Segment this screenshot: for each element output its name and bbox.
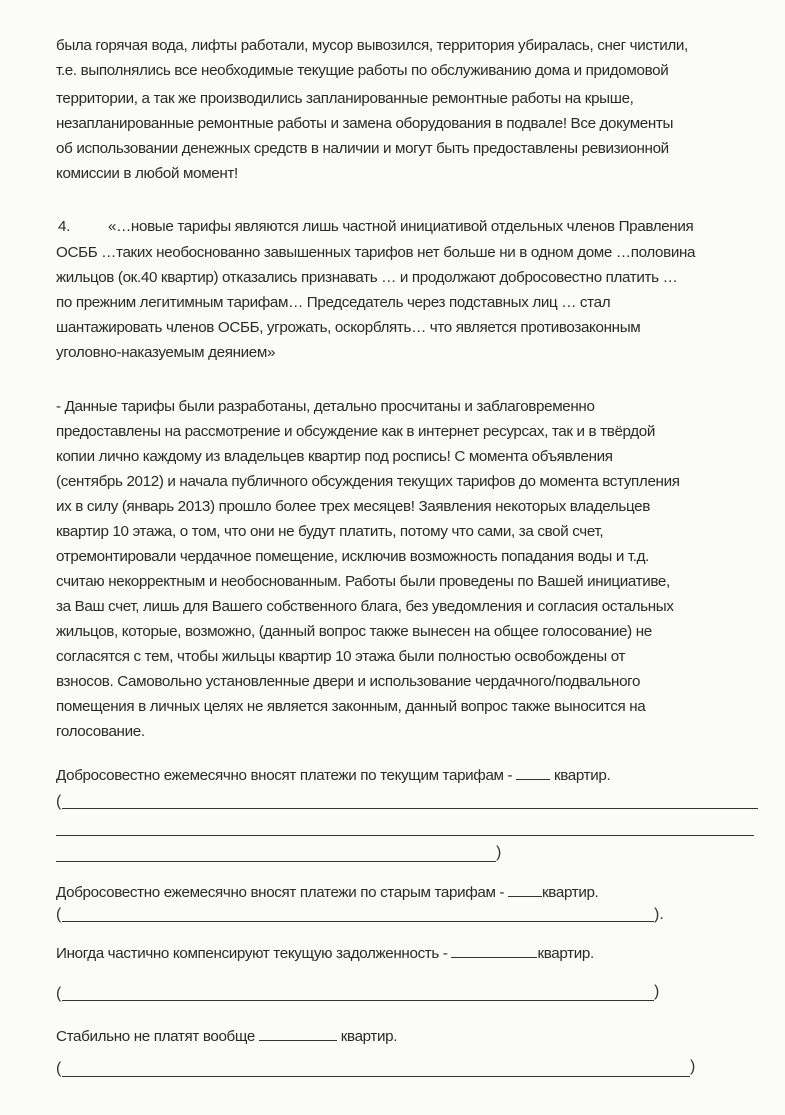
text-line: согласятся с тем, чтобы жильцы квартир 1… <box>56 648 625 665</box>
field-label: Иногда частично компенсируют текущую зад… <box>56 945 594 962</box>
text-line: жильцов, которые, возможно, (данный вопр… <box>56 623 652 640</box>
field-label: Стабильно не платят вообще квартир. <box>56 1028 397 1045</box>
paren-open: ( <box>56 906 61 924</box>
text-line: ОСББ …таких необоснованно завышенных тар… <box>56 244 695 261</box>
text-line: комиссии в любой момент! <box>56 165 238 182</box>
paren-close: ). <box>654 906 664 924</box>
text-line: шантажировать членов ОСББ, угрожать, оск… <box>56 319 640 336</box>
apartments-list-line[interactable] <box>56 861 496 862</box>
count-blank[interactable] <box>451 956 537 958</box>
text-line: отремонтировали чердачное помещение, иск… <box>56 548 649 565</box>
text-line: голосование. <box>56 723 145 740</box>
text-line: т.е. выполнялись все необходимые текущие… <box>56 62 668 79</box>
count-blank[interactable] <box>508 895 542 897</box>
text-line: квартир 10 этажа, о том, что они не буду… <box>56 523 603 540</box>
text-line: по прежним легитимным тарифам… Председат… <box>56 294 610 311</box>
text-line: «…новые тарифы являются лишь частной ини… <box>108 218 693 235</box>
paren-open: ( <box>56 985 61 1003</box>
text-line: копии лично каждому из владельцев кварти… <box>56 448 613 465</box>
text-line: была горячая вода, лифты работали, мусор… <box>56 37 688 54</box>
text-line: уголовно-наказуемым деянием» <box>56 344 275 361</box>
apartments-list-line[interactable] <box>62 1076 690 1077</box>
text-line: взносов. Самовольно установленные двери … <box>56 673 640 690</box>
apartments-list-line[interactable] <box>56 835 754 836</box>
text-line: за Ваш счет, лишь для Вашего собственног… <box>56 598 674 615</box>
paren-close: ) <box>654 983 659 1001</box>
field-label: Добросовестно ежемесячно вносят платежи … <box>56 767 610 784</box>
paren-open: ( <box>56 1060 61 1078</box>
text-line: помещения в личных целях не является зак… <box>56 698 645 715</box>
count-blank[interactable] <box>516 778 550 780</box>
paren-close: ) <box>496 844 501 862</box>
apartments-list-line[interactable] <box>62 1000 654 1001</box>
text-line: их в силу (январь 2013) прошло более тре… <box>56 498 650 515</box>
text-line: об использовании денежных средств в нали… <box>56 140 669 157</box>
paren-open: ( <box>56 793 61 811</box>
apartments-list-line[interactable] <box>62 921 654 922</box>
text-line: жильцов (ок.40 квартир) отказались призн… <box>56 269 677 286</box>
text-line: - Данные тарифы были разработаны, деталь… <box>56 398 595 415</box>
count-blank[interactable] <box>259 1039 337 1041</box>
text-line: считаю некорректным и необоснованным. Ра… <box>56 573 670 590</box>
apartments-list-line[interactable] <box>62 808 758 809</box>
text-line: территории, а так же производились запла… <box>56 90 634 107</box>
field-label: Добросовестно ежемесячно вносят платежи … <box>56 884 598 901</box>
paren-close: ) <box>690 1058 695 1076</box>
text-line: (сентябрь 2012) и начала публичного обсу… <box>56 473 680 490</box>
text-line: предоставлены на рассмотрение и обсужден… <box>56 423 655 440</box>
item-number: 4. <box>58 218 70 235</box>
text-line: незапланированные ремонтные работы и зам… <box>56 115 673 132</box>
